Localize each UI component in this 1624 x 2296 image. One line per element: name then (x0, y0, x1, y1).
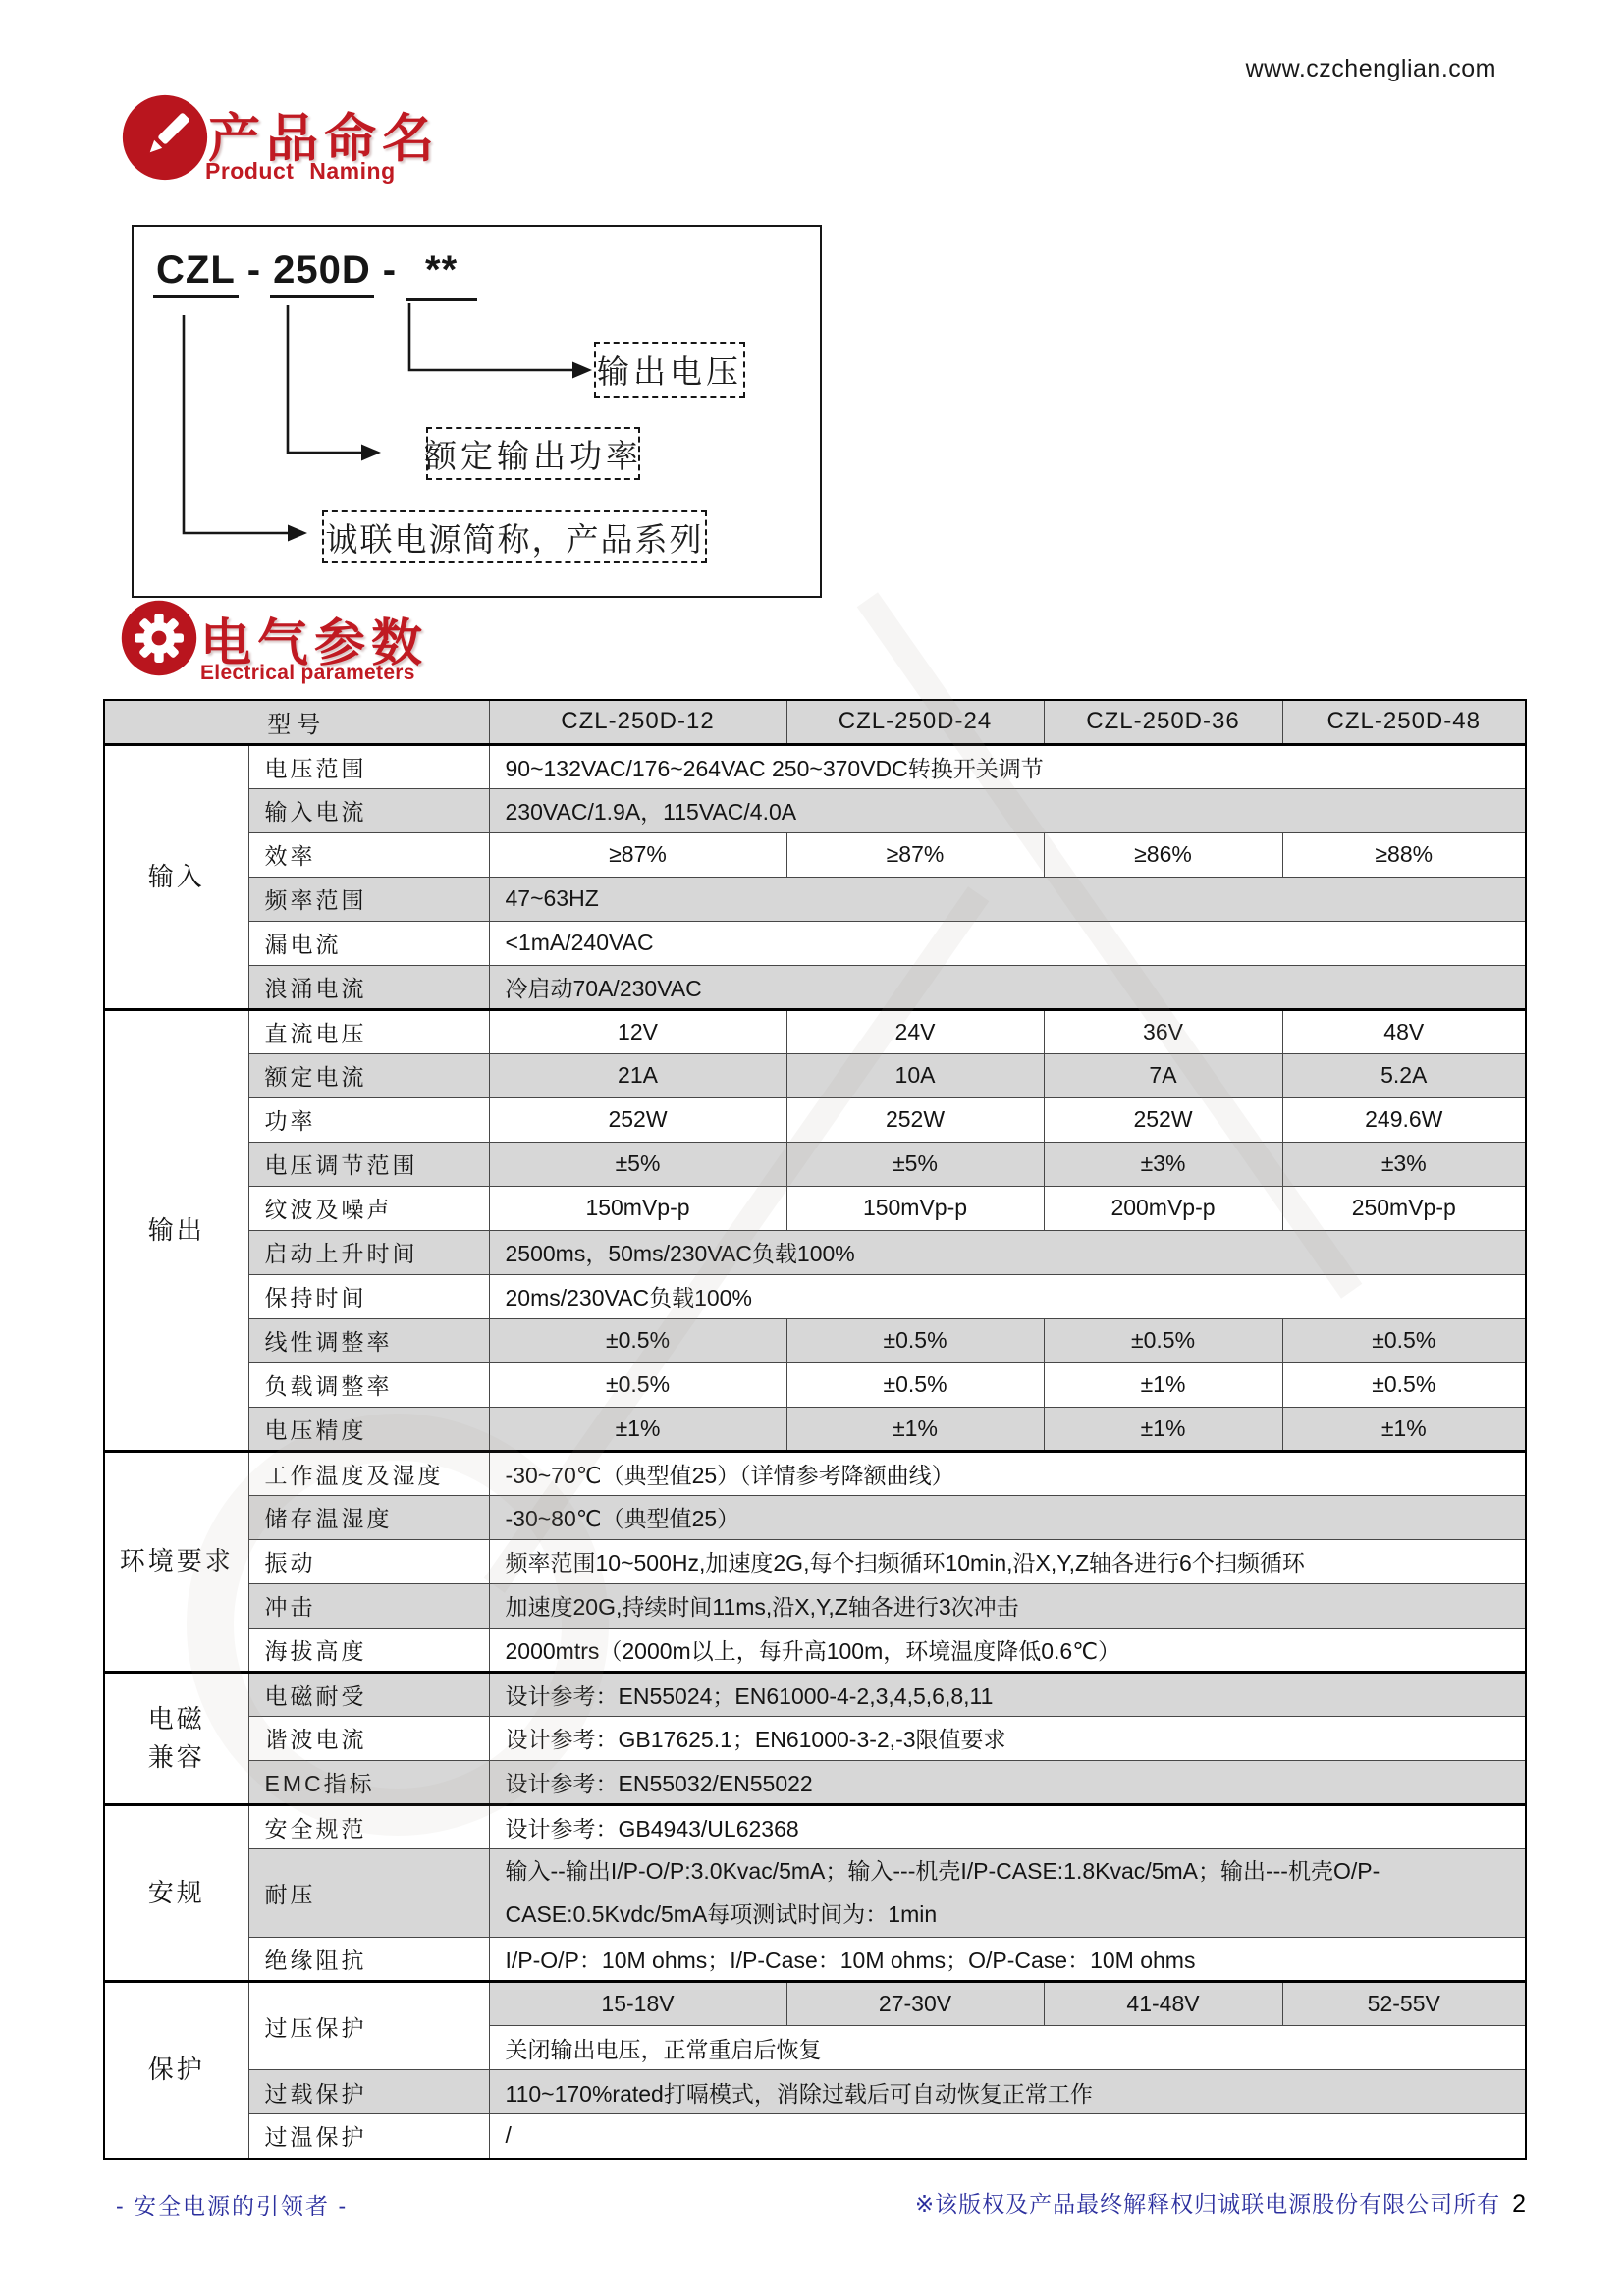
table-row: 纹波及噪声150mVp-p150mVp-p200mVp-p250mVp-p (104, 1186, 1526, 1230)
footer-copyright: ※该版权及产品最终解释权归诚联电源股份有限公司所有 (915, 2186, 1500, 2218)
table-value-cell: ±0.5% (1282, 1318, 1526, 1362)
table-value-cell: 5.2A (1282, 1053, 1526, 1097)
table-value-cell: 设计参考：EN55032/EN55022 (489, 1760, 1526, 1804)
table-row: 电压调节范围±5%±5%±3%±3% (104, 1142, 1526, 1186)
product-naming-diagram: CZL-250D-** 输出电压 额定输出功率 诚联电源简称，产品系列 (132, 225, 822, 598)
table-row: 负载调整率±0.5%±0.5%±1%±0.5% (104, 1362, 1526, 1407)
table-value-cell: ±1% (1282, 1407, 1526, 1451)
table-value-cell: 230VAC/1.9A，115VAC/4.0A (489, 788, 1526, 832)
table-row: 电压精度±1%±1%±1%±1% (104, 1407, 1526, 1451)
table-value-cell: 252W (786, 1097, 1044, 1142)
table-value-cell: 2000mtrs（2000m以上，每升高100m，环境温度降低0.6℃） (489, 1628, 1526, 1672)
spec-table: 型号CZL-250D-12CZL-250D-24CZL-250D-36CZL-2… (103, 699, 1527, 2160)
table-param-cell: 电压调节范围 (248, 1142, 489, 1186)
table-value-cell: ≥88% (1282, 832, 1526, 877)
table-group-cell: 电磁 兼容 (104, 1672, 248, 1804)
table-value-cell: 加速度20G,持续时间11ms,沿X,Y,Z轴各进行3次冲击 (489, 1583, 1526, 1628)
table-value-cell: ±3% (1282, 1142, 1526, 1186)
table-value-cell: 输入--输出I/P-O/P:3.0Kvac/5mA；输入---机壳I/P-CAS… (489, 1848, 1526, 1938)
table-group-cell: 环境要求 (104, 1451, 248, 1672)
table-row: 浪涌电流冷启动70A/230VAC (104, 965, 1526, 1009)
table-param-cell: 功率 (248, 1097, 489, 1142)
table-param-cell: 电压范围 (248, 744, 489, 788)
table-param-cell: 额定电流 (248, 1053, 489, 1097)
table-value-cell: 频率范围10~500Hz,加速度2G,每个扫频循环10min,沿X,Y,Z轴各进… (489, 1539, 1526, 1583)
table-value-cell: ≥86% (1044, 832, 1282, 877)
table-value-cell: 249.6W (1282, 1097, 1526, 1142)
table-value-cell: 设计参考：GB4943/UL62368 (489, 1804, 1526, 1848)
table-row: 启动上升时间2500ms，50ms/230VAC负载100% (104, 1230, 1526, 1274)
table-param-cell: 纹波及噪声 (248, 1186, 489, 1230)
table-param-cell: 海拔高度 (248, 1628, 489, 1672)
table-value-cell: ±0.5% (489, 1318, 786, 1362)
table-param-cell: 负载调整率 (248, 1362, 489, 1407)
table-row: 额定电流21A10A7A5.2A (104, 1053, 1526, 1097)
table-param-cell: 电磁耐受 (248, 1672, 489, 1716)
table-model-label-cell: 型号 (104, 700, 489, 744)
table-value-cell: 27-30V (786, 1982, 1044, 2026)
table-param-cell: 储存温湿度 (248, 1495, 489, 1539)
table-group-cell: 输出 (104, 1009, 248, 1451)
table-value-cell: 41-48V (1044, 1982, 1282, 2026)
product-naming-subtitle: Product Naming (205, 158, 396, 185)
table-value-cell: 150mVp-p (489, 1186, 786, 1230)
electrical-parameters-subtitle: Electrical parameters (200, 662, 415, 685)
table-value-cell: ≥87% (786, 832, 1044, 877)
table-model-cell: CZL-250D-12 (489, 700, 786, 744)
table-value-cell: 200mVp-p (1044, 1186, 1282, 1230)
table-param-cell: 浪涌电流 (248, 965, 489, 1009)
table-row: 保持时间20ms/230VAC负载100% (104, 1274, 1526, 1318)
table-group-cell: 输入 (104, 744, 248, 1009)
table-value-cell: 设计参考：GB17625.1；EN61000-3-2,-3限值要求 (489, 1716, 1526, 1760)
table-value-cell: 48V (1282, 1009, 1526, 1053)
label-rated-output-power: 额定输出功率 (426, 427, 640, 480)
table-value-cell: ±1% (1044, 1407, 1282, 1451)
table-row: 环境要求工作温度及湿度-30~70℃（典型值25）（详情参考降额曲线） (104, 1451, 1526, 1495)
table-value-cell: 90~132VAC/176~264VAC 250~370VDC转换开关调节 (489, 744, 1526, 788)
table-value-cell: 12V (489, 1009, 786, 1053)
table-param-cell: 漏电流 (248, 921, 489, 965)
table-param-cell: 输入电流 (248, 788, 489, 832)
footer-slogan: - 安全电源的引领者 - (116, 2188, 348, 2220)
table-row: EMC指标设计参考：EN55032/EN55022 (104, 1760, 1526, 1804)
table-value-cell: -30~70℃（典型值25）（详情参考降额曲线） (489, 1451, 1526, 1495)
table-param-cell: 安全规范 (248, 1804, 489, 1848)
table-param-cell: 冲击 (248, 1583, 489, 1628)
table-value-cell: 冷启动70A/230VAC (489, 965, 1526, 1009)
table-value-cell: 10A (786, 1053, 1044, 1097)
table-value-cell: ±0.5% (1044, 1318, 1282, 1362)
table-header-row: 型号CZL-250D-12CZL-250D-24CZL-250D-36CZL-2… (104, 700, 1526, 744)
website-url: www.czchenglian.com (1246, 55, 1496, 83)
table-row: 绝缘阻抗I/P-O/P：10M ohms；I/P-Case：10M ohms；O… (104, 1938, 1526, 1982)
table-value-cell: 110~170%rated打嗝模式，消除过载后可自动恢复正常工作 (489, 2070, 1526, 2114)
table-value-cell: -30~80℃（典型值25） (489, 1495, 1526, 1539)
table-value-cell: 21A (489, 1053, 786, 1097)
label-brand-product-series: 诚联电源简称，产品系列 (322, 510, 707, 563)
table-group-cell: 安规 (104, 1804, 248, 1982)
table-row: 安规安全规范设计参考：GB4943/UL62368 (104, 1804, 1526, 1848)
table-value-cell: I/P-O/P：10M ohms；I/P-Case：10M ohms；O/P-C… (489, 1938, 1526, 1982)
table-value-cell: 设计参考：EN55024；EN61000-4-2,3,4,5,6,8,11 (489, 1672, 1526, 1716)
table-value-cell: ±3% (1044, 1142, 1282, 1186)
table-param-cell: 过载保护 (248, 2070, 489, 2114)
table-value-cell: 47~63HZ (489, 877, 1526, 921)
table-value-cell: ±0.5% (786, 1362, 1044, 1407)
table-row: 过载保护110~170%rated打嗝模式，消除过载后可自动恢复正常工作 (104, 2070, 1526, 2114)
table-row: 输入电流230VAC/1.9A，115VAC/4.0A (104, 788, 1526, 832)
table-row: 效率≥87%≥87%≥86%≥88% (104, 832, 1526, 877)
table-model-cell: CZL-250D-48 (1282, 700, 1526, 744)
table-param-cell: 工作温度及湿度 (248, 1451, 489, 1495)
table-param-cell: 振动 (248, 1539, 489, 1583)
table-model-cell: CZL-250D-36 (1044, 700, 1282, 744)
table-group-cell: 保护 (104, 1982, 248, 2159)
table-row: 谐波电流设计参考：GB17625.1；EN61000-3-2,-3限值要求 (104, 1716, 1526, 1760)
table-value-cell: 250mVp-p (1282, 1186, 1526, 1230)
table-row: 储存温湿度-30~80℃（典型值25） (104, 1495, 1526, 1539)
table-value-cell: 15-18V (489, 1982, 786, 2026)
table-param-cell: 耐压 (248, 1848, 489, 1938)
table-param-cell: 启动上升时间 (248, 1230, 489, 1274)
table-row: 线性调整率±0.5%±0.5%±0.5%±0.5% (104, 1318, 1526, 1362)
table-param-cell: 频率范围 (248, 877, 489, 921)
table-value-cell: ±0.5% (489, 1362, 786, 1407)
datasheet-page: www.czchenglian.com 产品命名 Product Naming … (0, 0, 1624, 2296)
table-row: 振动频率范围10~500Hz,加速度2G,每个扫频循环10min,沿X,Y,Z轴… (104, 1539, 1526, 1583)
table-row: 漏电流<1mA/240VAC (104, 921, 1526, 965)
table-value-cell: ±5% (786, 1142, 1044, 1186)
table-param-cell: 过温保护 (248, 2114, 489, 2159)
table-value-cell: ±0.5% (1282, 1362, 1526, 1407)
table-param-cell: 谐波电流 (248, 1716, 489, 1760)
table-value-cell: <1mA/240VAC (489, 921, 1526, 965)
spec-table-container: 型号CZL-250D-12CZL-250D-24CZL-250D-36CZL-2… (103, 699, 1527, 2160)
table-row: 电磁 兼容电磁耐受设计参考：EN55024；EN61000-4-2,3,4,5,… (104, 1672, 1526, 1716)
table-row: 频率范围47~63HZ (104, 877, 1526, 921)
table-value-cell: ±1% (786, 1407, 1044, 1451)
table-value-cell: 36V (1044, 1009, 1282, 1053)
table-row: 海拔高度2000mtrs（2000m以上，每升高100m，环境温度降低0.6℃） (104, 1628, 1526, 1672)
table-row: 耐压输入--输出I/P-O/P:3.0Kvac/5mA；输入---机壳I/P-C… (104, 1848, 1526, 1938)
label-output-voltage: 输出电压 (594, 342, 745, 398)
table-row: 功率252W252W252W249.6W (104, 1097, 1526, 1142)
table-value-cell: ±1% (489, 1407, 786, 1451)
table-param-cell: EMC指标 (248, 1760, 489, 1804)
table-value-cell: 关闭输出电压，正常重启后恢复 (489, 2026, 1526, 2070)
table-value-cell: 20ms/230VAC负载100% (489, 1274, 1526, 1318)
table-value-cell: / (489, 2114, 1526, 2159)
table-value-cell: ±1% (1044, 1362, 1282, 1407)
table-value-cell: ±5% (489, 1142, 786, 1186)
table-param-cell: 保持时间 (248, 1274, 489, 1318)
table-value-cell: 24V (786, 1009, 1044, 1053)
table-row: 保护过压保护15-18V27-30V41-48V52-55V (104, 1982, 1526, 2026)
table-param-cell: 直流电压 (248, 1009, 489, 1053)
spec-table-body: 输入电压范围90~132VAC/176~264VAC 250~370VDC转换开… (104, 744, 1526, 2159)
table-value-cell: 52-55V (1282, 1982, 1526, 2026)
table-row: 冲击加速度20G,持续时间11ms,沿X,Y,Z轴各进行3次冲击 (104, 1583, 1526, 1628)
table-row: 输出直流电压12V24V36V48V (104, 1009, 1526, 1053)
table-value-cell: 2500ms，50ms/230VAC负载100% (489, 1230, 1526, 1274)
footer-copyright-group: ※该版权及产品最终解释权归诚联电源股份有限公司所有 2 (915, 2186, 1526, 2218)
table-value-cell: 252W (1044, 1097, 1282, 1142)
table-value-cell: ≥87% (489, 832, 786, 877)
spec-table-header: 型号CZL-250D-12CZL-250D-24CZL-250D-36CZL-2… (104, 700, 1526, 744)
table-param-cell: 绝缘阻抗 (248, 1938, 489, 1982)
table-param-cell: 电压精度 (248, 1407, 489, 1451)
table-value-cell: 150mVp-p (786, 1186, 1044, 1230)
pencil-icon (122, 94, 208, 186)
page-number: 2 (1512, 2190, 1526, 2218)
table-param-cell: 线性调整率 (248, 1318, 489, 1362)
table-model-cell: CZL-250D-24 (786, 700, 1044, 744)
table-param-cell: 过压保护 (248, 1982, 489, 2070)
table-row: 过温保护/ (104, 2114, 1526, 2159)
gear-icon (121, 600, 197, 681)
table-value-cell: ±0.5% (786, 1318, 1044, 1362)
table-value-cell: 7A (1044, 1053, 1282, 1097)
table-row: 输入电压范围90~132VAC/176~264VAC 250~370VDC转换开… (104, 744, 1526, 788)
table-param-cell: 效率 (248, 832, 489, 877)
table-value-cell: 252W (489, 1097, 786, 1142)
